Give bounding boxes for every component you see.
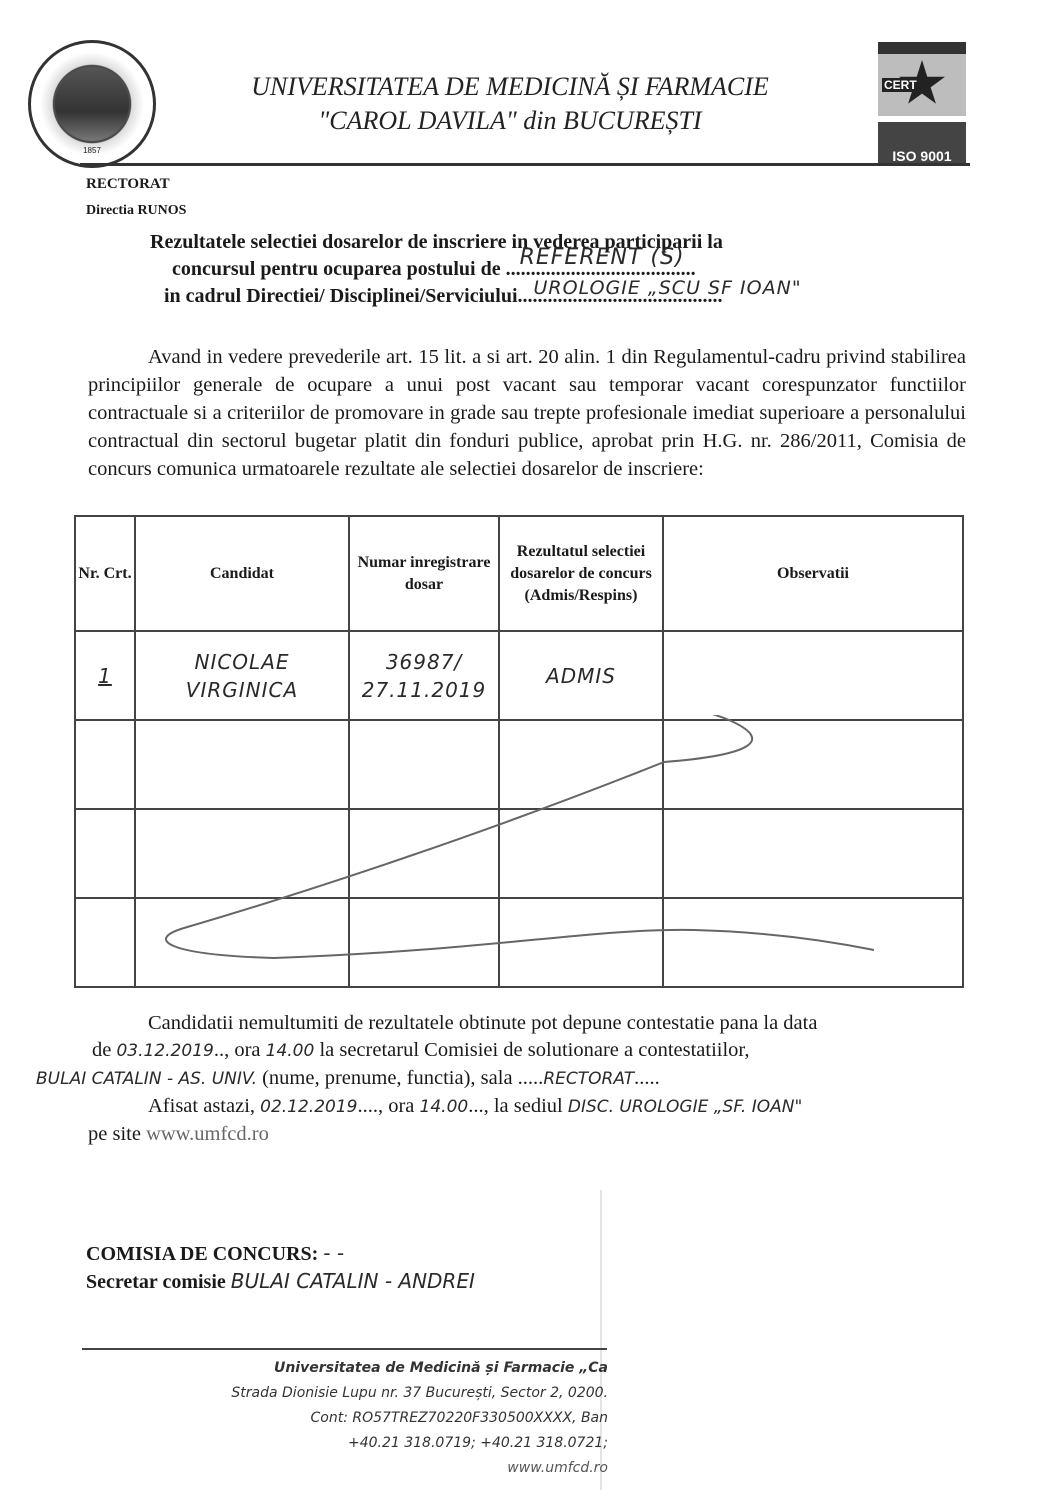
contest-de-label: de: [92, 1039, 116, 1061]
table-row: [75, 898, 963, 987]
header-notes: Observatii: [663, 516, 963, 631]
dotted-leader: .....: [634, 1067, 660, 1089]
table-header-row: Nr. Crt. Candidat Numar inregistrare dos…: [75, 516, 963, 631]
title-line3: in cadrul Directiei/ Disciplinei/Servici…: [150, 283, 980, 310]
footer-university: Universitatea de Medicină și Farmacie „C…: [120, 1356, 608, 1381]
position-value: REFERENT (S): [520, 244, 685, 271]
cert-star-icon: CERT: [878, 54, 966, 116]
row-result: [499, 809, 663, 898]
iso-top-band: [878, 42, 966, 54]
committee-line: COMISIA DE CONCURS: - -: [86, 1240, 475, 1268]
room-label: (nume, prenume, functia), sala .....: [257, 1067, 543, 1089]
posted-label: Afisat astazi,: [148, 1095, 260, 1117]
site-link[interactable]: www.umfcd.ro: [146, 1123, 269, 1145]
registration-number: 36987/: [350, 648, 498, 676]
posted-location-label: ..., la sediul: [468, 1095, 568, 1117]
contest-secretary-label: la secretarul Comisiei de solutionare a …: [314, 1039, 749, 1061]
footer-account: Cont: RO57TREZ70220F330500XXXX, Ban: [120, 1406, 608, 1431]
row-candidate: [135, 898, 349, 987]
department-label: RECTORAT: [86, 176, 170, 193]
footer-phones: +40.21 318.0719; +40.21 318.0721;: [120, 1431, 608, 1456]
row-nr: [75, 720, 135, 809]
university-name-line1: UNIVERSITATEA DE MEDICINĂ ȘI FARMACIE: [160, 70, 860, 104]
site-line: pe site www.umfcd.ro: [88, 1121, 968, 1148]
row-nr: [75, 809, 135, 898]
building-emblem-icon: [55, 67, 129, 141]
posted-date-value: 02.12.2019: [260, 1097, 357, 1117]
row-candidate: [135, 809, 349, 898]
committee-marks: - -: [323, 1241, 344, 1265]
contest-line2: de 03.12.2019.., ora 14.00 la secretarul…: [88, 1037, 968, 1065]
posted-line: Afisat astazi, 02.12.2019...., ora 14.00…: [88, 1093, 968, 1121]
row-nr: [75, 898, 135, 987]
row-registration: 36987/ 27.11.2019: [349, 631, 499, 720]
iso-badge: ISO 9001: [878, 122, 966, 166]
secretary-label: Secretar comisie: [86, 1271, 231, 1293]
title-line3-prefix: in cadrul Directiei/ Disciplinei/Servici…: [164, 285, 518, 307]
contest-line3: BULAI CATALIN - AS. UNIV. (nume, prenume…: [36, 1065, 968, 1093]
intro-paragraph: Avand in vedere prevederile art. 15 lit.…: [88, 343, 966, 483]
university-name: UNIVERSITATEA DE MEDICINĂ ȘI FARMACIE "C…: [160, 70, 860, 138]
room-value: RECTORAT: [543, 1069, 634, 1089]
document-title: Rezultatele selectiei dosarelor de inscr…: [150, 229, 980, 310]
header-nr: Nr. Crt.: [75, 516, 135, 631]
row-registration: [349, 898, 499, 987]
intro-paragraph-text: Avand in vedere prevederile art. 15 lit.…: [88, 343, 966, 483]
row-candidate: NICOLAE VIRGINICA: [135, 631, 349, 720]
registration-date: 27.11.2019: [350, 676, 498, 704]
direction-label: Directia RUNOS: [86, 203, 186, 219]
row-notes: [663, 898, 963, 987]
contest-ora-label: .., ora: [214, 1039, 266, 1061]
posted-time-value: 14.00: [420, 1097, 469, 1117]
table-row: [75, 809, 963, 898]
contest-time-value: 14.00: [266, 1041, 315, 1061]
site-label: pe site: [88, 1123, 146, 1145]
footer-divider: [82, 1348, 607, 1350]
posted-location-value: DISC. UROLOGIE „SF. IOAN": [568, 1097, 802, 1117]
committee-label: COMISIA DE CONCURS:: [86, 1243, 318, 1265]
table-row: [75, 720, 963, 809]
row-notes: [663, 631, 963, 720]
seal-year: 1857: [31, 146, 153, 155]
row-notes: [663, 809, 963, 898]
row-notes: [663, 720, 963, 809]
footer-address: Strada Dionisie Lupu nr. 37 București, S…: [120, 1381, 608, 1406]
footer-website[interactable]: www.umfcd.ro: [120, 1456, 608, 1481]
row-registration: [349, 720, 499, 809]
cert-label: CERT: [882, 78, 919, 92]
row-result: ADMIS: [499, 631, 663, 720]
header-registration: Numar inregistrare dosar: [349, 516, 499, 631]
university-name-line2: "CAROL DAVILA" din BUCUREȘTI: [160, 104, 860, 138]
row-candidate: [135, 720, 349, 809]
footer-contact: Universitatea de Medicină și Farmacie „C…: [120, 1356, 608, 1481]
committee-block: COMISIA DE CONCURS: - - Secretar comisie…: [86, 1240, 475, 1296]
contest-date-value: 03.12.2019: [116, 1041, 213, 1061]
contest-paragraph: Candidatii nemultumiti de rezultatele ob…: [88, 1010, 968, 1148]
university-seal-logo: 1857: [28, 40, 156, 168]
header-divider: [80, 163, 970, 166]
candidate-second-line: VIRGINICA: [136, 676, 348, 704]
appeal-secretary-value: BULAI CATALIN - AS. UNIV.: [36, 1069, 257, 1089]
iso-certification-logo: CERT ISO 9001: [878, 42, 966, 166]
candidate-first-line: NICOLAE: [136, 648, 348, 676]
table-row: 1 NICOLAE VIRGINICA 36987/ 27.11.2019 AD…: [75, 631, 963, 720]
row-registration: [349, 809, 499, 898]
department-field: ........................................…: [518, 285, 723, 307]
posted-ora-label: ...., ora: [357, 1095, 419, 1117]
row-result: [499, 720, 663, 809]
department-value: UROLOGIE „SCU SF IOAN": [534, 275, 802, 302]
secretary-line: Secretar comisie BULAI CATALIN - ANDREI: [86, 1268, 475, 1296]
results-table: Nr. Crt. Candidat Numar inregistrare dos…: [74, 515, 964, 988]
header-result: Rezultatul selectiei dosarelor de concur…: [499, 516, 663, 631]
secretary-name: BULAI CATALIN - ANDREI: [231, 1269, 475, 1293]
iso-label: ISO 9001: [878, 148, 966, 164]
row-result: [499, 898, 663, 987]
header-candidate: Candidat: [135, 516, 349, 631]
row-nr: 1: [75, 631, 135, 720]
title-line2-prefix: concursul pentru ocuparea postului de: [172, 258, 506, 280]
contest-line1: Candidatii nemultumiti de rezultatele ob…: [88, 1010, 968, 1037]
